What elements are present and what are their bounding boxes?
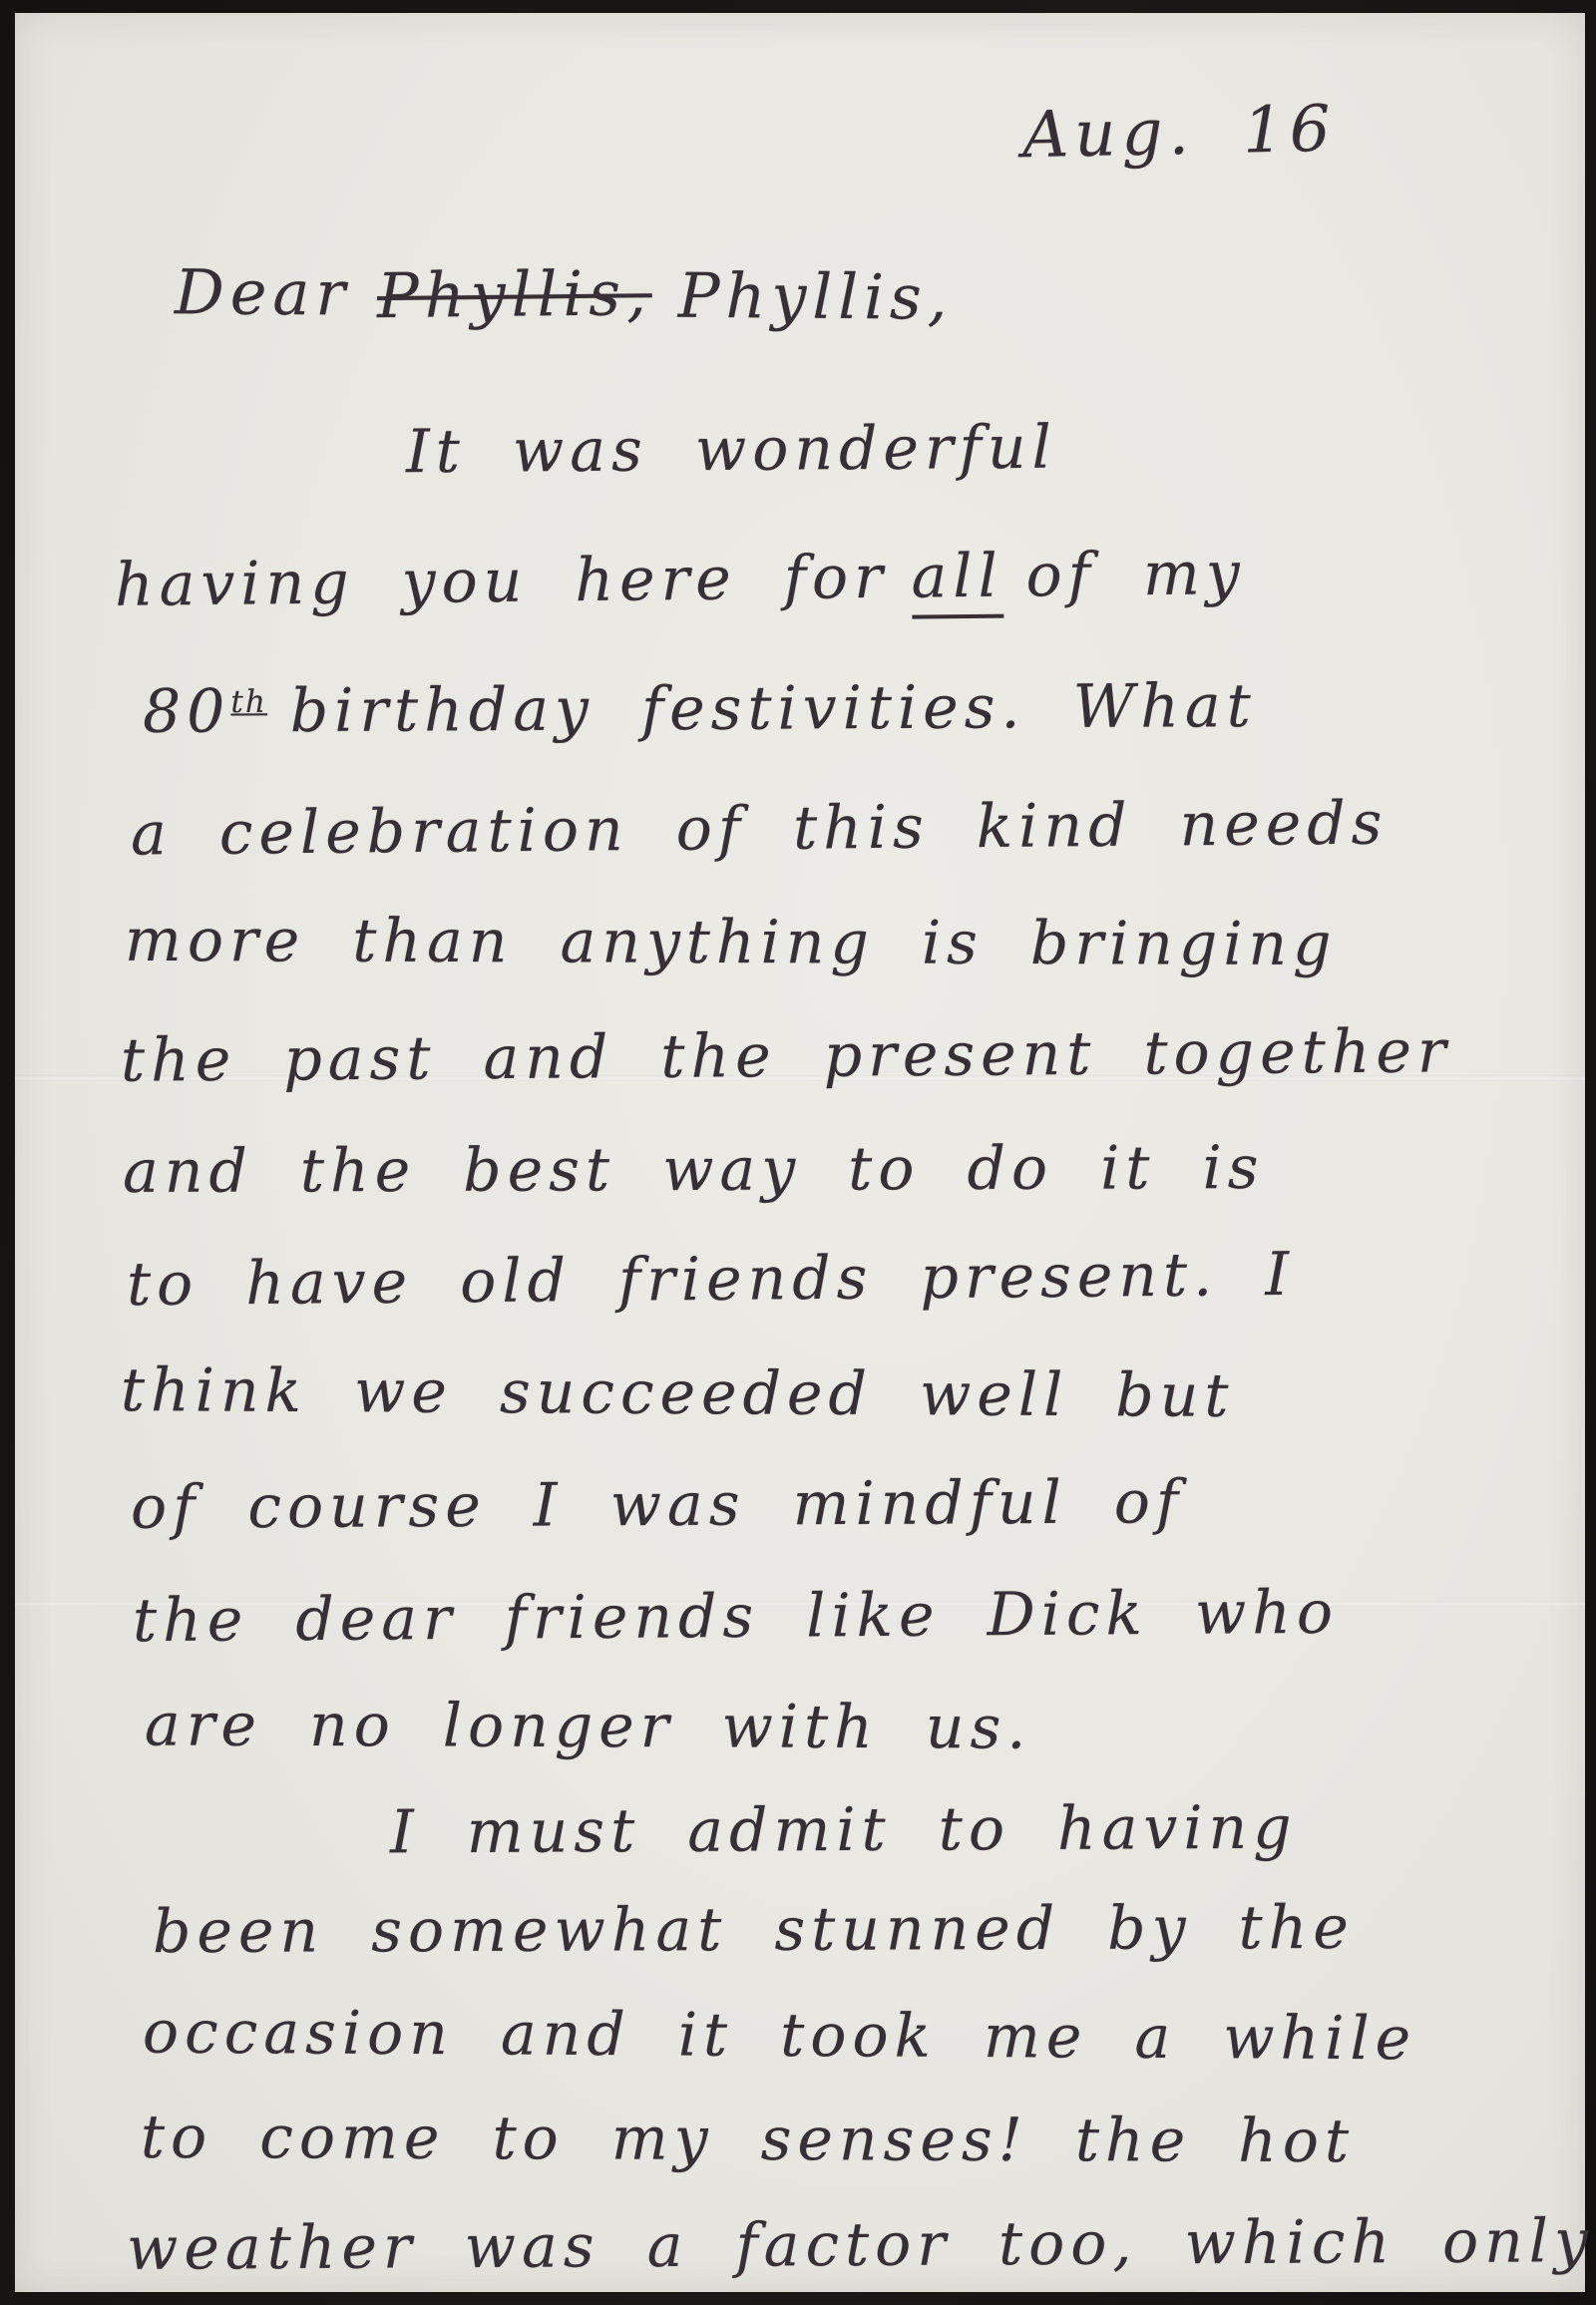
letter-line: are no longer with us. — [145, 1695, 1032, 1757]
letter-line: been somewhat stunned by the — [153, 1898, 1355, 1962]
paragraph1-opening-line: It was wonderful — [406, 418, 1057, 483]
letter-line: of course I was mindful of — [131, 1472, 1184, 1538]
letter-line: occasion and it took me a while — [143, 2003, 1416, 2070]
letter-line: weather was a factor too, which only — [127, 2211, 1594, 2279]
line-text-after: birthday festivities. What — [290, 671, 1257, 746]
scan-background: Aug. 16 DearPhyllis,Phyllis, It was wond… — [0, 0, 1596, 2305]
letter-line: having you here forallof my — [115, 544, 1246, 615]
line-text-after: of my — [1025, 539, 1246, 610]
crossed-out-name: Phyllis, — [377, 262, 652, 327]
letter-line: to come to my senses! the hot — [141, 2108, 1355, 2171]
letter-paper: Aug. 16 DearPhyllis,Phyllis, It was wond… — [15, 13, 1585, 2292]
paragraph2-opening-line: I must admit to having — [390, 1798, 1298, 1863]
recipient-name: Phyllis, — [678, 259, 954, 334]
letter-line: think we succeeded well but — [121, 1360, 1235, 1426]
letter-line: and the best way to do it is — [123, 1138, 1265, 1202]
letter-line: to have old friends present. I — [127, 1245, 1295, 1315]
letter-line: the dear friends like Dick who — [133, 1583, 1339, 1651]
salutation-prefix: Dear — [175, 255, 352, 329]
birthday-number: 80 — [143, 676, 231, 746]
salutation-line: DearPhyllis,Phyllis, — [175, 261, 954, 328]
letter-line: more than anything is bringing — [125, 911, 1338, 974]
letter-line: a celebration of this kind needs — [131, 794, 1389, 865]
underlined-word: all — [911, 542, 1003, 619]
letter-line: 80thbirthday festivities. What — [143, 676, 1257, 742]
letter-date: Aug. 16 — [1021, 98, 1337, 169]
letter-line: the past and the present together — [121, 1021, 1452, 1090]
ordinal-superscript: th — [230, 684, 267, 720]
line-text-before: having you here for — [115, 543, 889, 620]
